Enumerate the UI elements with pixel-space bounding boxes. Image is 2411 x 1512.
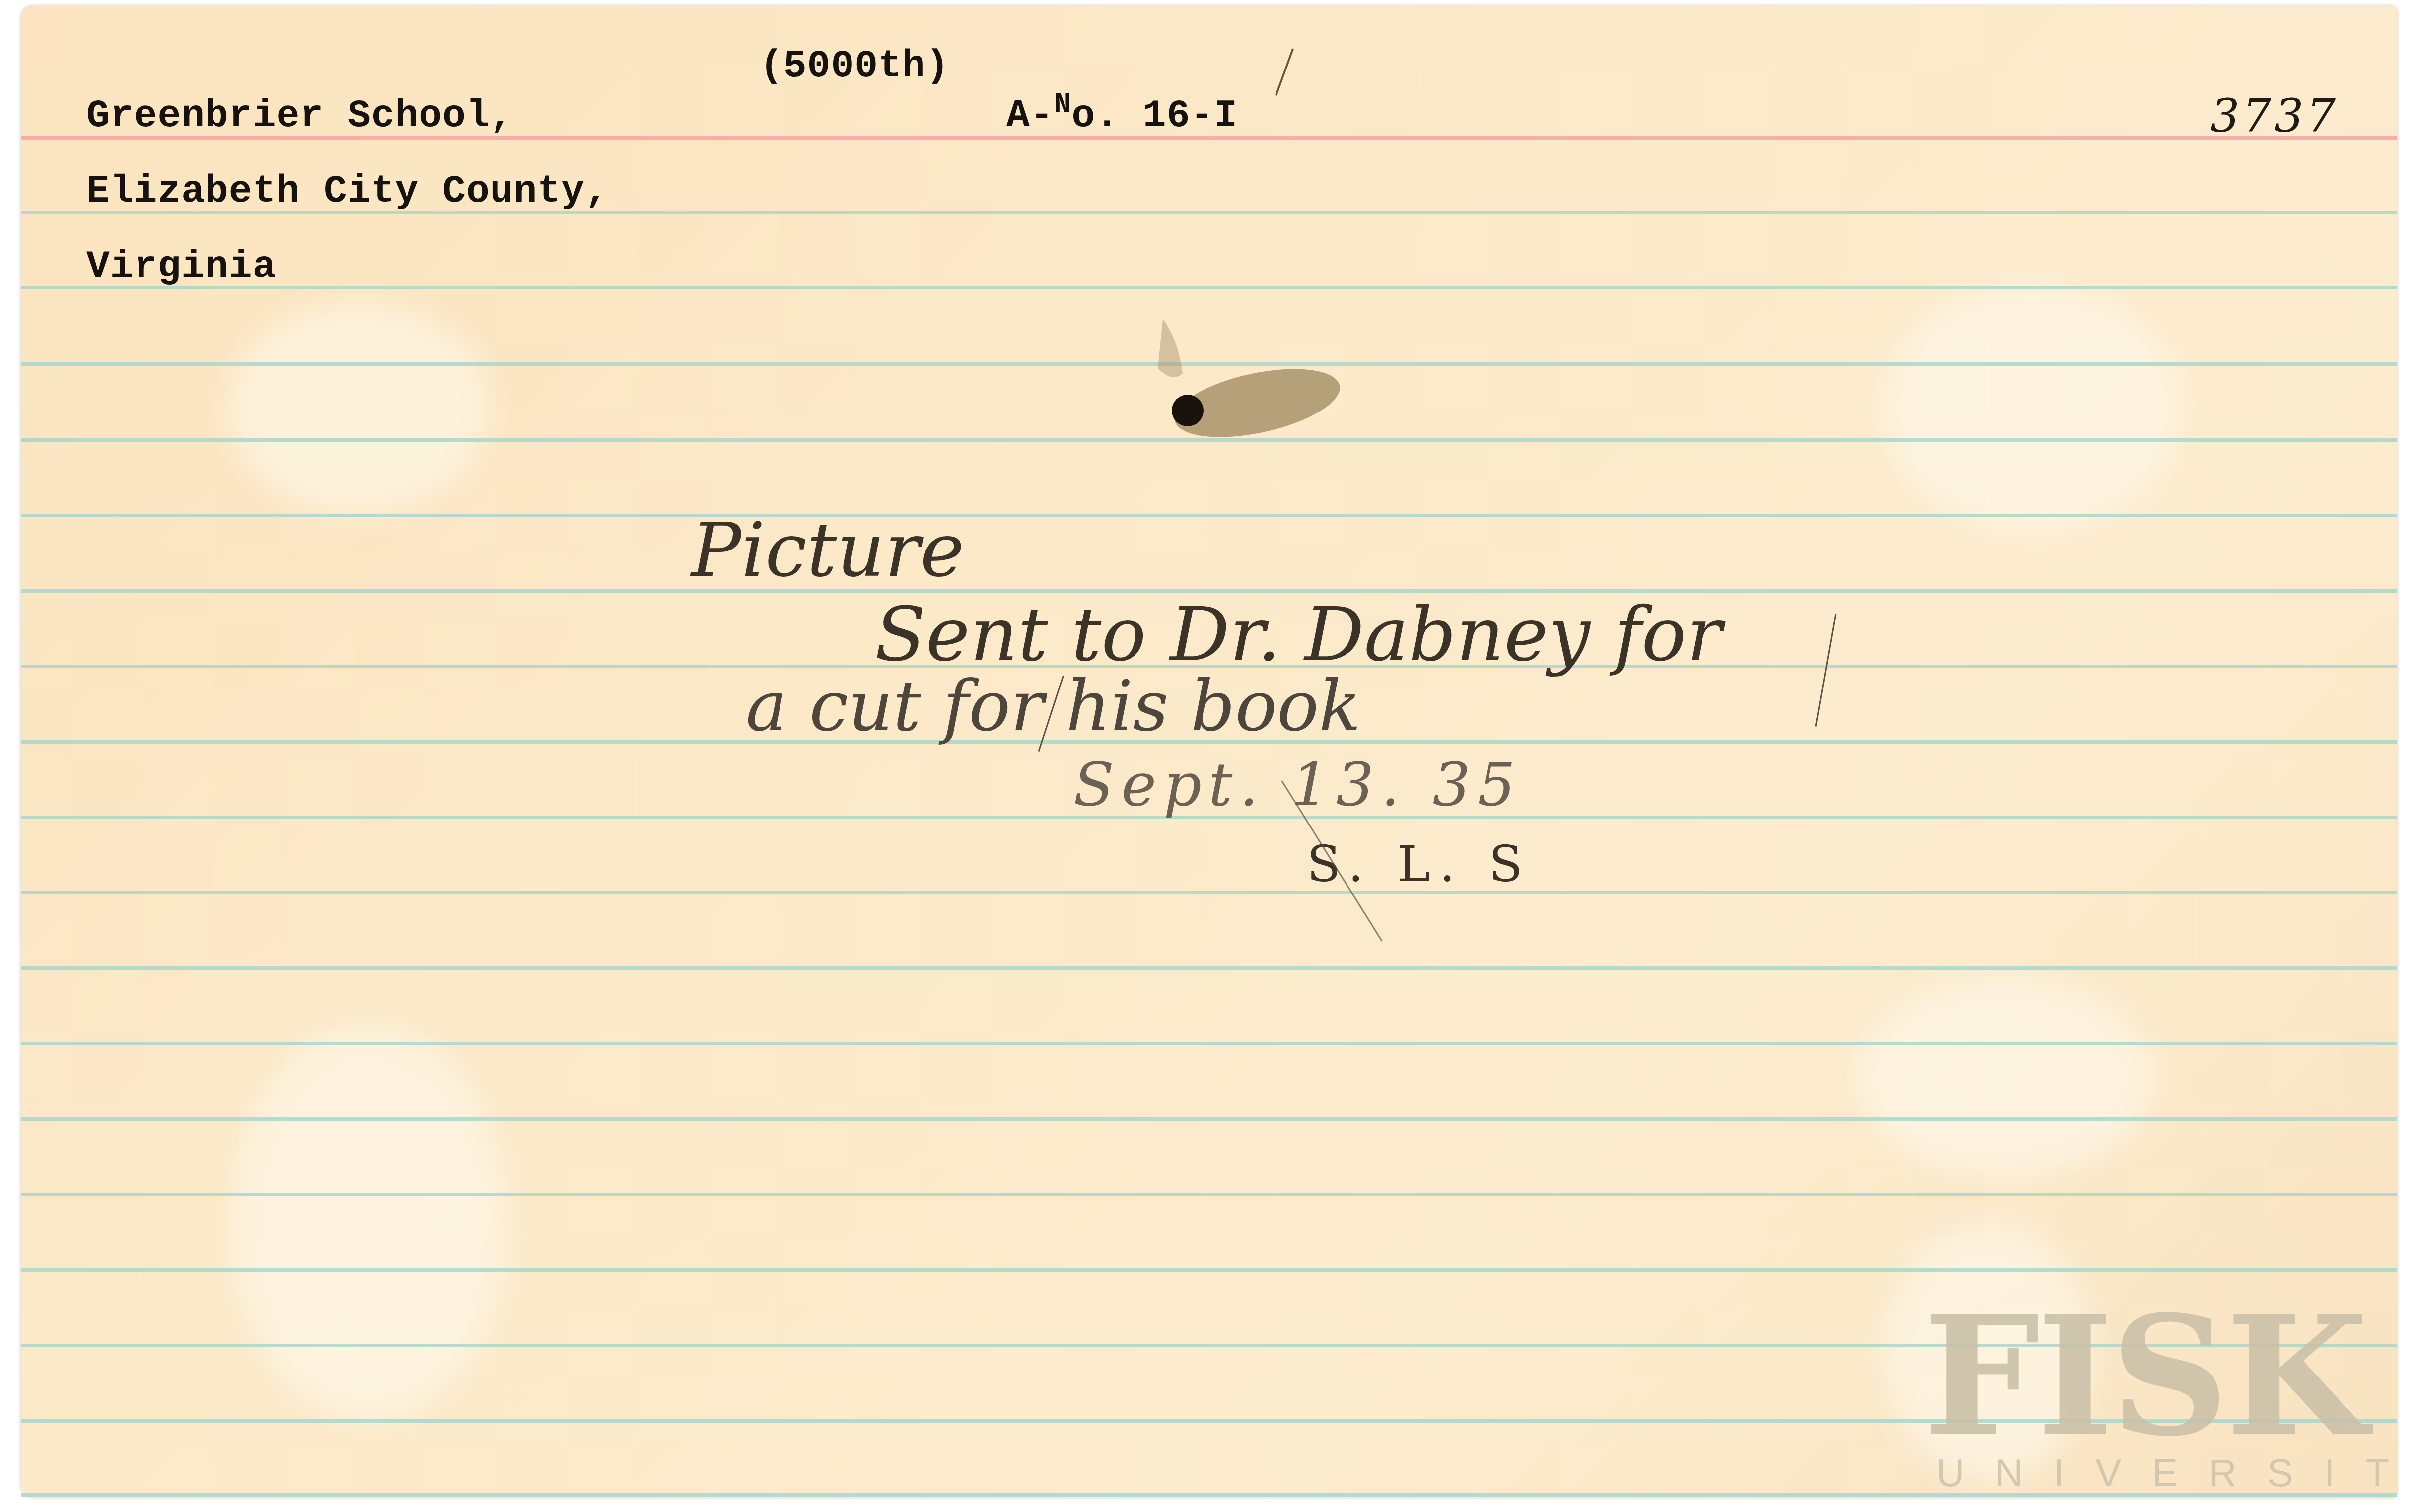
ruled-line [21, 514, 2397, 517]
county-name: Elizabeth City County, [86, 170, 609, 213]
edition-note: (5000th) [760, 45, 949, 88]
ruled-line [21, 1117, 2397, 1121]
watermark-subtitle: UNIVERSITY [1936, 1450, 2411, 1496]
handwritten-line-1: Picture [691, 507, 964, 594]
accession-rest: o. 16-I [1071, 94, 1238, 138]
handwritten-initials: S. L. S [1307, 835, 1532, 893]
school-name: Greenbrier School, [86, 94, 514, 138]
watermark-title: FISK [1923, 1302, 2365, 1450]
call-number: 3737 [2210, 89, 2339, 142]
accession-prefix: A- [1006, 94, 1054, 138]
paper-fade [229, 1024, 507, 1421]
state-name: Virginia [86, 245, 276, 289]
ink-stain [1143, 309, 1351, 468]
handwritten-date: Sept. 13. 35 [1073, 751, 1522, 820]
ruled-line [21, 1042, 2397, 1045]
accession-number: A-No. 16-I [1006, 94, 1238, 138]
paper-fade [229, 304, 488, 512]
fisk-university-watermark: FISK UNIVERSITY [1918, 1302, 2411, 1490]
ruled-line [21, 286, 2397, 289]
paper-fade [1883, 284, 2181, 532]
check-mark [1275, 48, 1294, 95]
paper-fade [1858, 979, 2156, 1177]
ruled-line [21, 1193, 2397, 1196]
index-card: Greenbrier School, Elizabeth City County… [21, 6, 2397, 1498]
accession-sup: N [1054, 89, 1072, 121]
ruled-line [21, 966, 2397, 970]
ruled-line [21, 891, 2397, 894]
ruled-line [21, 1268, 2397, 1272]
handwritten-line-2: Sent to Dr. Dabney for [875, 592, 1722, 678]
pencil-stroke [1815, 614, 1837, 727]
